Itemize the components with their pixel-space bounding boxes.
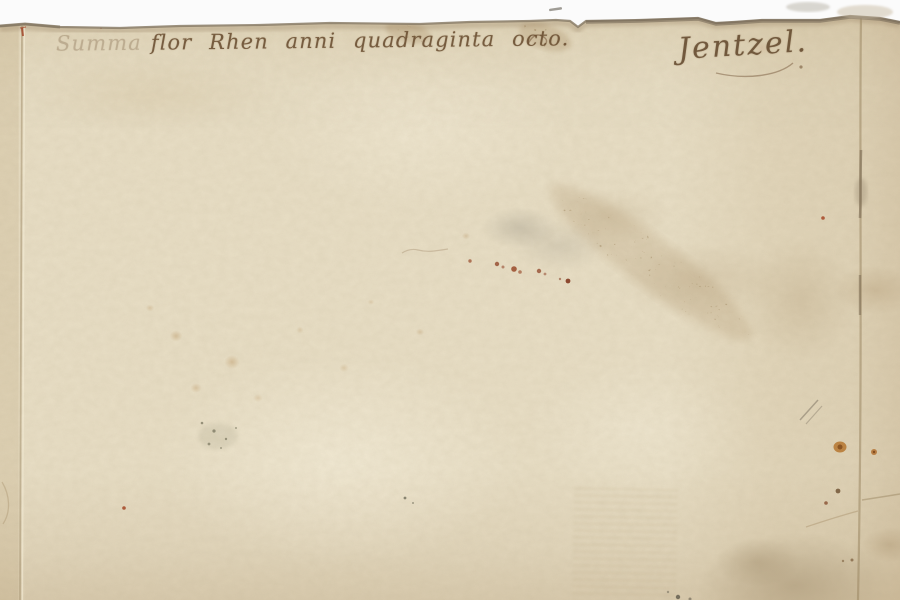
parchment-grain-texture bbox=[0, 0, 900, 600]
parchment-photo: Summaflor Rhen anni quadraginta octo. Je… bbox=[0, 0, 900, 600]
sum-inscription-faded-word: Summa bbox=[56, 31, 142, 56]
handwritten-name-inscription: Jentzel. bbox=[677, 27, 808, 65]
handwritten-sum-inscription: Summaflor Rhen anni quadraginta octo. bbox=[56, 28, 570, 54]
parchment-marks-overlay bbox=[0, 0, 900, 600]
sum-inscription-text: flor Rhen anni quadraginta octo. bbox=[151, 26, 570, 54]
